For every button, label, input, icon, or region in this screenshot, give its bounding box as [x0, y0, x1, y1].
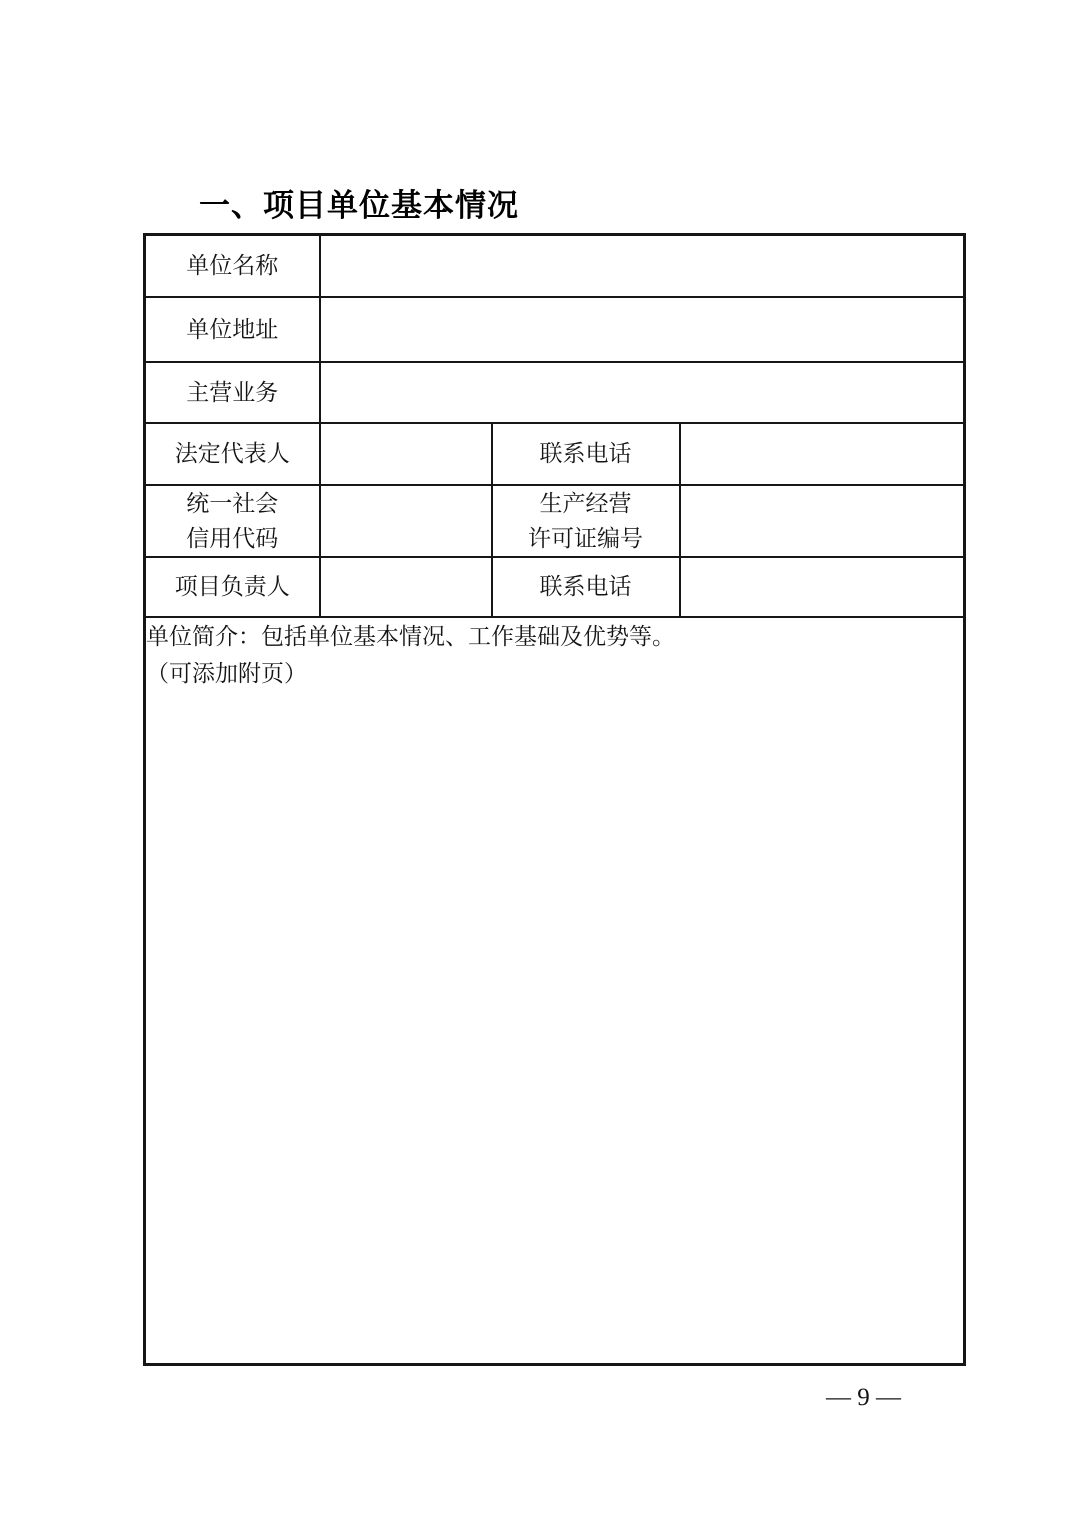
field-legal-representative — [320, 423, 492, 485]
field-unit-name — [320, 235, 965, 297]
row-main-business: 主营业务 — [145, 362, 965, 423]
label-social-credit-code-line2: 信用代码 — [146, 521, 319, 556]
unit-introduction-note: （可添加附页） — [146, 655, 963, 692]
row-legal-representative: 法定代表人 联系电话 — [145, 423, 965, 485]
row-unit-introduction: 单位简介：包括单位基本情况、工作基础及优势等。 （可添加附页） — [145, 617, 965, 1365]
field-unit-introduction: 单位简介：包括单位基本情况、工作基础及优势等。 （可添加附页） — [145, 617, 965, 1365]
field-contact-phone-2 — [680, 557, 965, 617]
label-main-business: 主营业务 — [145, 362, 320, 423]
unit-introduction-instruction: 单位简介：包括单位基本情况、工作基础及优势等。 — [146, 618, 963, 655]
label-unit-address: 单位地址 — [145, 297, 320, 362]
field-social-credit-code — [320, 485, 492, 557]
field-contact-phone-1 — [680, 423, 965, 485]
field-project-leader — [320, 557, 492, 617]
section-title: 一、项目单位基本情况 — [199, 188, 519, 224]
label-unit-name: 单位名称 — [145, 235, 320, 297]
label-production-license-line1: 生产经营 — [493, 486, 679, 521]
field-main-business — [320, 362, 965, 423]
label-social-credit-code-line1: 统一社会 — [146, 486, 319, 521]
row-credit-code: 统一社会 信用代码 生产经营 许可证编号 — [145, 485, 965, 557]
label-production-license-line2: 许可证编号 — [493, 521, 679, 556]
label-social-credit-code: 统一社会 信用代码 — [145, 485, 320, 557]
field-production-license — [680, 485, 965, 557]
label-legal-representative: 法定代表人 — [145, 423, 320, 485]
row-unit-name: 单位名称 — [145, 235, 965, 297]
label-contact-phone-2: 联系电话 — [492, 557, 680, 617]
document-page: 一、项目单位基本情况 单位名称 单位地址 主营业务 法定代表人 — [0, 0, 1080, 1528]
row-unit-address: 单位地址 — [145, 297, 965, 362]
field-unit-address — [320, 297, 965, 362]
page-number: — 9 — — [826, 1383, 901, 1413]
label-project-leader: 项目负责人 — [145, 557, 320, 617]
label-contact-phone-1: 联系电话 — [492, 423, 680, 485]
unit-info-table: 单位名称 单位地址 主营业务 法定代表人 联系电话 统一社会 信用代码 — [143, 233, 966, 1366]
row-project-leader: 项目负责人 联系电话 — [145, 557, 965, 617]
label-production-license: 生产经营 许可证编号 — [492, 485, 680, 557]
